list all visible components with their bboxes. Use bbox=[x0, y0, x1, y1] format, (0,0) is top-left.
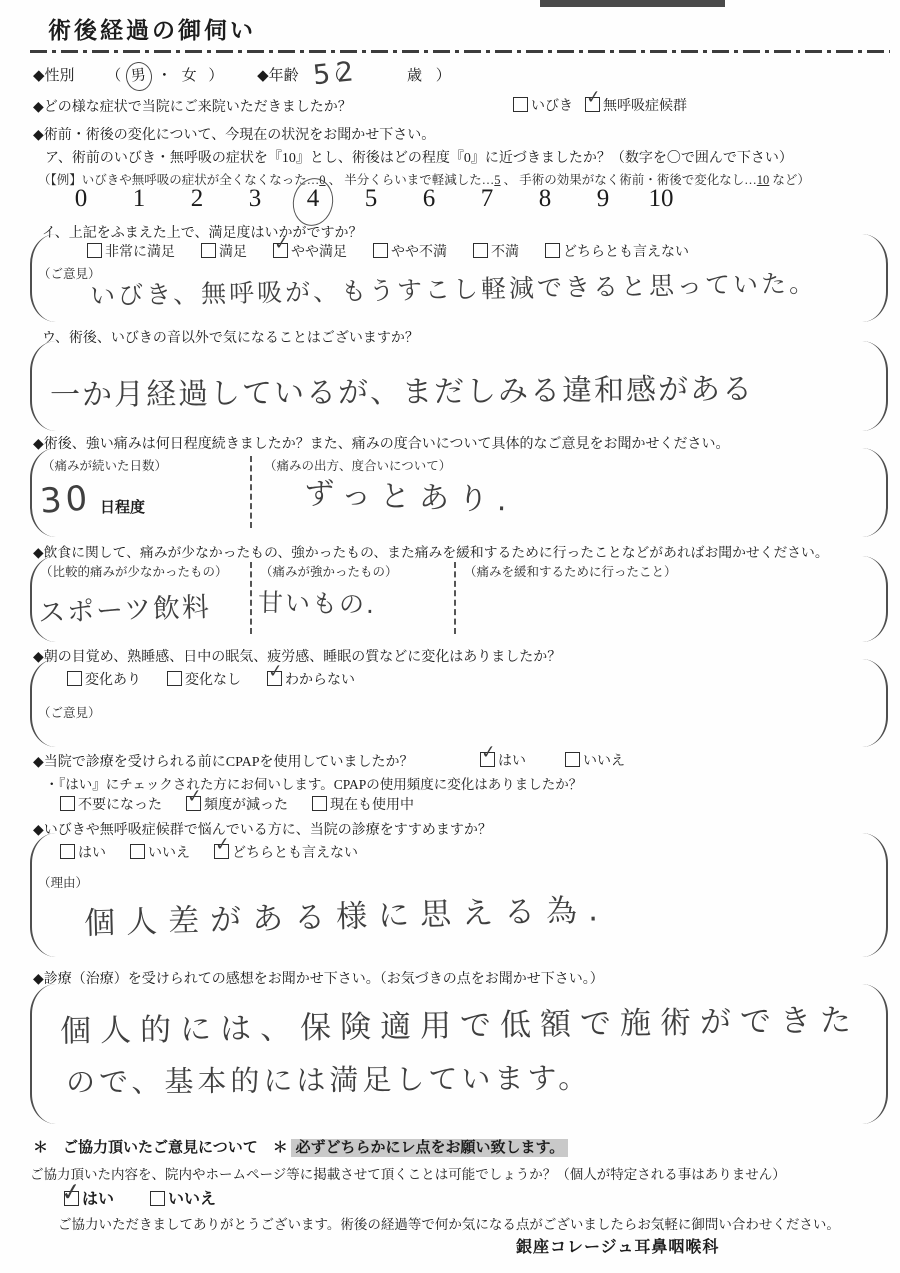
checkbox bbox=[373, 243, 388, 258]
other-concerns-answer-box: 一か月経過しているが、まだしみる違和感がある bbox=[30, 341, 888, 431]
checkbox-checked: ✓ bbox=[267, 671, 282, 686]
example-num-10: 10 bbox=[757, 173, 770, 187]
scale-number-5: 5 bbox=[342, 185, 400, 213]
scale-number-3: 3 bbox=[226, 185, 284, 213]
checkbox bbox=[60, 796, 75, 811]
cpap-followup-option-3: 現在も使用中 bbox=[312, 794, 414, 814]
symptom-option-mukokyu: ✓無呼吸症候群 bbox=[585, 95, 687, 115]
scale-question: ア、術前のいびき・無呼吸の症状を『10』とし、術後はどの程度『0』に近づきました… bbox=[45, 147, 793, 167]
checkbox bbox=[201, 243, 216, 258]
reason-label: （理由） bbox=[38, 873, 88, 891]
change-heading: ◆術前・術後の変化について、今現在の状況をお聞かせ下さい。 bbox=[33, 124, 435, 144]
option-label: やや満足 bbox=[291, 245, 347, 260]
recommend-answer-box: はい いいえ ✓どちらとも言えない （理由） 個人差がある様に思える為. bbox=[30, 833, 888, 957]
food-col1-handwritten: スポーツ飲料 bbox=[37, 585, 211, 630]
checkbox-checked: ✓ bbox=[64, 1191, 79, 1206]
option-label: どちらとも言えない bbox=[232, 846, 358, 861]
checkbox bbox=[67, 671, 82, 686]
gender-label: ◆性別 bbox=[33, 68, 75, 84]
food-col3-label: （痛みを緩和するために行ったこと） bbox=[464, 562, 677, 580]
scale-number-8: 8 bbox=[516, 185, 574, 213]
option: 非常に満足 bbox=[87, 241, 175, 261]
checkbox-checked: ✓ bbox=[480, 752, 495, 767]
checkbox bbox=[130, 844, 145, 859]
scale-number-9: 9 bbox=[574, 185, 632, 213]
cpap-followup-option-2: ✓頻度が減った bbox=[186, 794, 288, 814]
option-label: はい bbox=[82, 1191, 114, 1208]
option-label: はい bbox=[498, 754, 526, 769]
paren: ） bbox=[208, 68, 223, 84]
cpap-option-yes: ✓はい bbox=[480, 750, 526, 770]
option-label: どちらとも言えない bbox=[563, 245, 689, 260]
option: ✓わからない bbox=[267, 669, 355, 689]
pain-degree-handwritten: ずっとあり. bbox=[303, 468, 516, 519]
check-icon: ✓ bbox=[585, 88, 602, 107]
scale-number-7: 7 bbox=[458, 185, 516, 213]
option: ✓やや満足 bbox=[273, 241, 347, 261]
option-label: 変化なし bbox=[185, 673, 241, 688]
checkbox bbox=[150, 1191, 165, 1206]
option-label: いいえ bbox=[583, 754, 625, 769]
food-answer-box: （比較的痛みが少なかったもの） （痛みが強かったもの） （痛みを緩和するために行… bbox=[30, 556, 888, 642]
page-title: 術後経過の御伺い bbox=[48, 12, 256, 45]
food-col2-handwritten: 甘いもの. bbox=[258, 583, 377, 621]
paren: （ bbox=[106, 68, 121, 84]
option: ✓どちらとも言えない bbox=[214, 842, 358, 862]
option: いいえ bbox=[130, 842, 190, 862]
scale-number-1: 1 bbox=[110, 185, 168, 213]
comment-label: （ご意見） bbox=[38, 703, 101, 721]
publish-option-yes: ✓はい bbox=[64, 1186, 114, 1209]
scan-artifact-bar bbox=[540, 0, 725, 7]
column-divider bbox=[250, 562, 252, 634]
checkbox bbox=[545, 243, 560, 258]
impression-line2-handwritten: ので、基本的には満足しています。 bbox=[66, 1056, 591, 1102]
option-label: いいえ bbox=[168, 1191, 216, 1208]
paren: ） bbox=[436, 68, 451, 84]
cpap-followup-option-1: 不要になった bbox=[60, 794, 162, 814]
age-label: ◆年齢 bbox=[257, 68, 299, 84]
option-label: 無呼吸症候群 bbox=[603, 99, 687, 114]
footer-note-prefix: ＊ ご協力頂いたご意見について ＊ bbox=[33, 1140, 291, 1156]
clinic-name: 銀座コレージュ耳鼻咽喉科 bbox=[516, 1234, 719, 1257]
cpap-followup-question: ・『はい』にチェックされた方にお伺いします。CPAPの使用頻度に変化はありました… bbox=[45, 773, 582, 793]
pain-answer-box: （痛みが続いた日数） （痛みの出方、度合いについて） 30 日程度 ずっとあり. bbox=[30, 448, 888, 537]
recommend-reason-handwritten: 個人差がある様に思える為. bbox=[84, 884, 610, 943]
option-label: やや不満 bbox=[391, 245, 447, 260]
example-text: など） bbox=[769, 173, 810, 187]
column-divider bbox=[250, 456, 252, 528]
pain-days-label: （痛みが続いた日数） bbox=[42, 456, 167, 474]
footer-note: ＊ ご協力頂いたご意見について ＊ 必ずどちらかにレ点をお願い致します。 bbox=[33, 1136, 568, 1157]
option-label: いびき bbox=[531, 99, 573, 114]
symptom-question: ◆どの様な症状で当院にご来院いただきましたか？ bbox=[33, 96, 352, 116]
publish-option-no: いいえ bbox=[150, 1186, 216, 1209]
scale-number-6: 6 bbox=[400, 185, 458, 213]
scale-number-0: 0 bbox=[52, 185, 110, 213]
option-label: いいえ bbox=[148, 846, 190, 861]
pain-days-unit: 日程度 bbox=[100, 496, 145, 517]
option: はい bbox=[60, 842, 106, 862]
scale-number-4-circled: 4 bbox=[284, 185, 342, 213]
option-label: 不要になった bbox=[78, 798, 162, 813]
impression-line1-handwritten: 個人的には、保険適用で低額で施術ができた bbox=[60, 994, 861, 1050]
checkbox bbox=[87, 243, 102, 258]
food-col1-label: （比較的痛みが少なかったもの） bbox=[40, 562, 228, 580]
check-icon: ✓ bbox=[267, 662, 284, 681]
checkbox bbox=[167, 671, 182, 686]
option-label: 現在も使用中 bbox=[330, 798, 414, 813]
scale-number-row: 0 1 2 3 4 5 6 7 8 9 10 bbox=[52, 185, 690, 213]
satisfaction-options: 非常に満足 満足 ✓やや満足 やや不満 不満 どちらとも言えない bbox=[87, 241, 689, 261]
gender-dot: ・ bbox=[157, 68, 172, 84]
sleep-answer-box: 変化あり 変化なし ✓わからない （ご意見） bbox=[30, 659, 888, 747]
scale-number-2: 2 bbox=[168, 185, 226, 213]
pain-days-handwritten: 30 bbox=[39, 478, 93, 521]
satisfaction-answer-box: 非常に満足 満足 ✓やや満足 やや不満 不満 どちらとも言えない （ご意見） い… bbox=[30, 234, 888, 322]
check-icon: ✓ bbox=[480, 743, 497, 762]
thanks-text: ご協力いただきましてありがとうございます。術後の経過等で何か気になる点がございま… bbox=[58, 1213, 840, 1233]
checkbox bbox=[565, 752, 580, 767]
option-label: はい bbox=[78, 846, 106, 861]
option-label: 不満 bbox=[491, 245, 519, 260]
checkbox bbox=[60, 844, 75, 859]
check-icon: ✓ bbox=[273, 234, 290, 253]
symptom-option-ibiki: いびき bbox=[513, 95, 573, 115]
option-label: わからない bbox=[285, 673, 355, 688]
option: やや不満 bbox=[373, 241, 447, 261]
checkbox-checked: ✓ bbox=[585, 97, 600, 112]
option-label: 変化あり bbox=[85, 673, 141, 688]
check-icon: ✓ bbox=[186, 787, 203, 806]
check-icon: ✓ bbox=[59, 1179, 82, 1206]
check-icon: ✓ bbox=[214, 835, 231, 854]
sleep-options: 変化あり 変化なし ✓わからない bbox=[67, 669, 355, 689]
dashed-divider bbox=[30, 50, 890, 53]
gender-female: 女 bbox=[182, 68, 197, 84]
option: 不満 bbox=[473, 241, 519, 261]
recommend-options: はい いいえ ✓どちらとも言えない bbox=[60, 842, 358, 862]
checkbox-checked: ✓ bbox=[273, 243, 288, 258]
option: 満足 bbox=[201, 241, 247, 261]
cpap-question: ◆当院で診療を受けられる前にCPAPを使用していましたか？ bbox=[33, 751, 414, 771]
option-label: 頻度が減った bbox=[204, 798, 288, 813]
satisfaction-comment-handwritten: いびき、無呼吸が、もうすこし軽減できると思っていた。 bbox=[90, 264, 818, 313]
other-concerns-handwritten: 一か月経過しているが、まだしみる違和感がある bbox=[50, 364, 754, 414]
cpap-option-no: いいえ bbox=[565, 750, 625, 770]
scanned-survey-form: 術後経過の御伺い ◆性別 （ 男 ・ 女 ） ◆年齢 （ 歳 ） 52 ◆どの様… bbox=[0, 0, 900, 1273]
checkbox bbox=[312, 796, 327, 811]
checkbox-checked: ✓ bbox=[214, 844, 229, 859]
checkbox-checked: ✓ bbox=[186, 796, 201, 811]
scale-number-10: 10 bbox=[632, 185, 690, 213]
option: どちらとも言えない bbox=[545, 241, 689, 261]
publish-question: ご協力頂いた内容を、院内やホームページ等に掲載させて頂くことは可能でしょうか？（… bbox=[30, 1163, 786, 1183]
option: 変化あり bbox=[67, 669, 141, 689]
gender-male-circled: 男 bbox=[124, 61, 153, 93]
footer-note-highlight: 必ずどちらかにレ点をお願い致します。 bbox=[291, 1139, 568, 1157]
column-divider bbox=[454, 562, 456, 634]
food-col2-label: （痛みが強かったもの） bbox=[260, 562, 398, 580]
checkbox bbox=[473, 243, 488, 258]
profile-row: ◆性別 （ 男 ・ 女 ） ◆年齢 （ 歳 ） bbox=[33, 62, 451, 91]
option-label: 非常に満足 bbox=[105, 245, 175, 260]
checkbox bbox=[513, 97, 528, 112]
option-label: 満足 bbox=[219, 245, 247, 260]
age-unit: 歳 bbox=[407, 68, 422, 84]
age-handwritten: 52 bbox=[312, 56, 361, 92]
option: 変化なし bbox=[167, 669, 241, 689]
impression-answer-box: 個人的には、保険適用で低額で施術ができた ので、基本的には満足しています。 bbox=[30, 984, 888, 1124]
